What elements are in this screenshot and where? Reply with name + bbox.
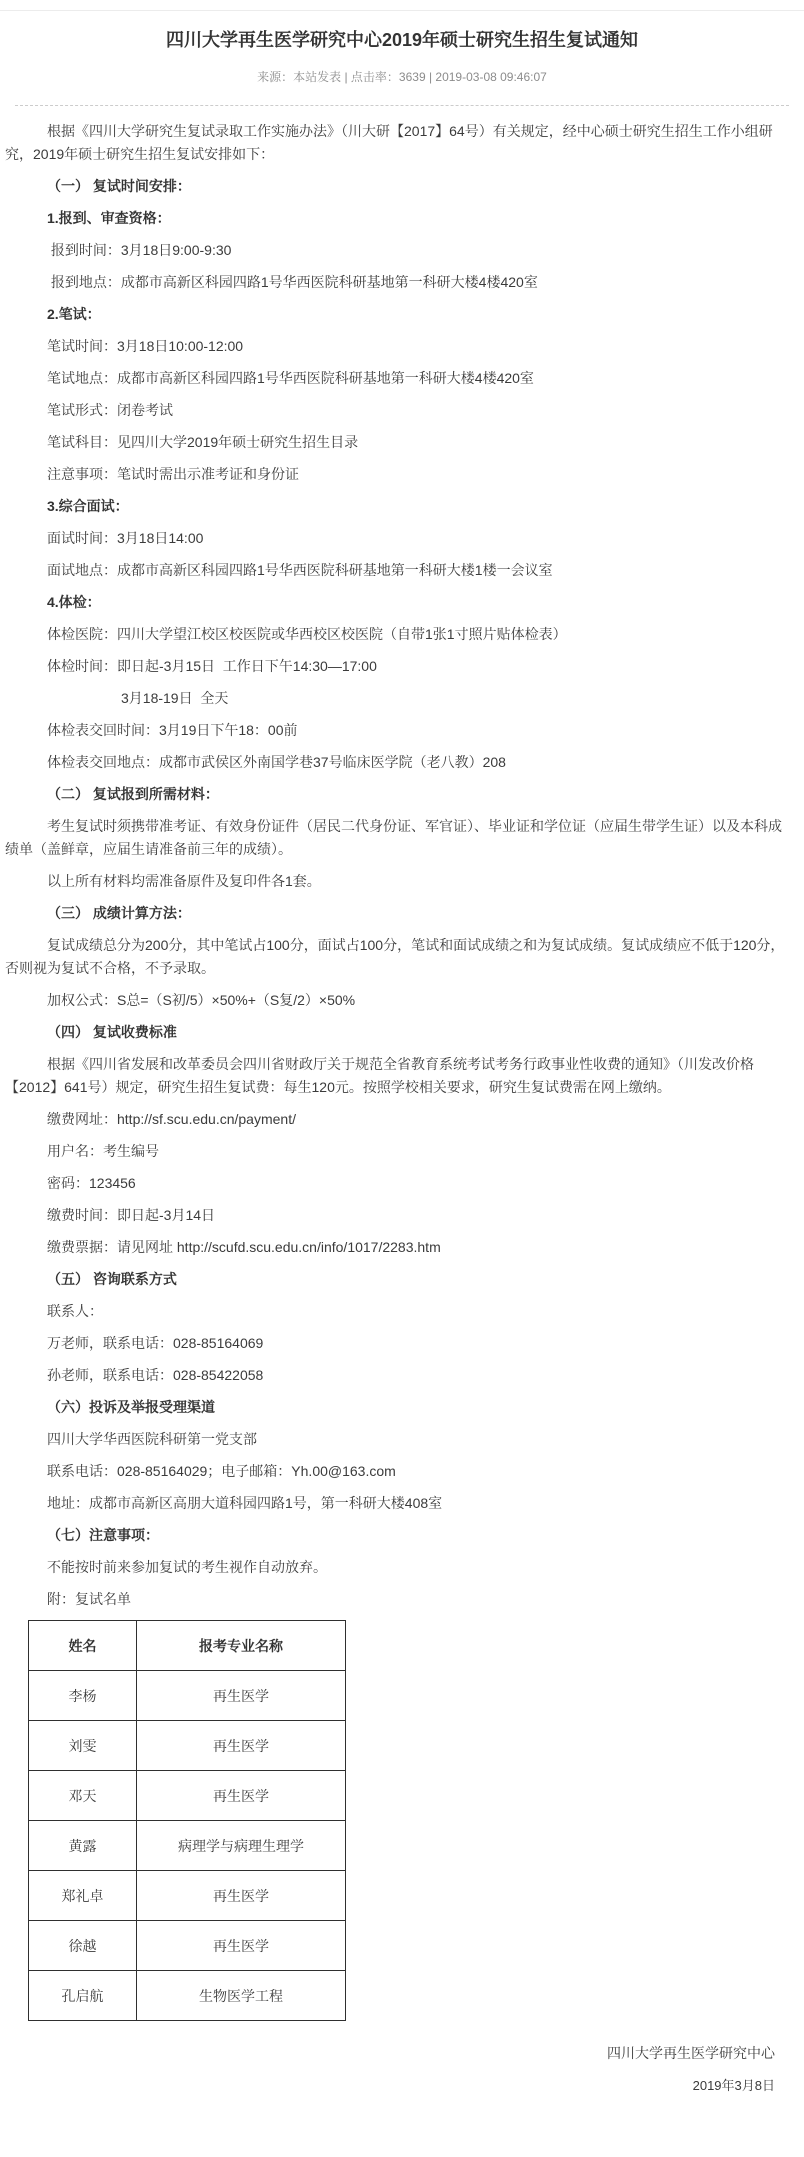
article-body: 根据《四川大学研究生复试录取工作实施办法》（川大研【2017】64号）有关规定，… <box>0 106 804 1611</box>
article-meta: 来源：本站发表 | 点击率：3639 | 2019-03-08 09:46:07 <box>0 68 804 85</box>
paragraph: 体检表交回时间：3月19日下午18：00前 <box>5 719 794 742</box>
paragraph: 附：复试名单 <box>5 1588 794 1611</box>
paragraph: 体检医院：四川大学望江校区校医院或华西校区校医院（自带1张1寸照片贴体检表） <box>5 623 794 646</box>
table-row: 刘雯再生医学 <box>29 1721 346 1771</box>
paragraph: 根据《四川省发展和改革委员会四川省财政厅关于规范全省教育系统考试考务行政事业性收… <box>5 1053 794 1099</box>
section-heading: （七）注意事项： <box>5 1524 794 1547</box>
paragraph: 笔试形式：闭卷考试 <box>5 399 794 422</box>
paragraph: 万老师，联系电话：028-85164069 <box>5 1332 794 1355</box>
table-header-row: 姓名报考专业名称 <box>29 1621 346 1671</box>
cell-candidate-name: 黄露 <box>29 1821 137 1871</box>
table-row: 黄露病理学与病理生理学 <box>29 1821 346 1871</box>
paragraph: 报到地点：成都市高新区科园四路1号华西医院科研基地第一科研大楼4楼420室 <box>5 271 794 294</box>
paragraph: 联系人： <box>5 1300 794 1323</box>
section-heading: （五） 咨询联系方式 <box>5 1268 794 1291</box>
cell-candidate-name: 邓天 <box>29 1771 137 1821</box>
paragraph: 3月18-19日 全天 <box>5 687 794 710</box>
footer-organization: 四川大学再生医学研究中心 <box>0 2043 775 2063</box>
cell-candidate-name: 李杨 <box>29 1671 137 1721</box>
cell-major-name: 再生医学 <box>137 1921 346 1971</box>
cell-major-name: 病理学与病理生理学 <box>137 1821 346 1871</box>
table-header-major: 报考专业名称 <box>137 1621 346 1671</box>
top-divider <box>0 0 804 11</box>
paragraph: 地址：成都市高新区高朋大道科园四路1号，第一科研大楼408室 <box>5 1492 794 1515</box>
cell-candidate-name: 刘雯 <box>29 1721 137 1771</box>
paragraph: 体检时间：即日起-3月15日 工作日下午14:30—17:00 <box>5 655 794 678</box>
paragraph: 用户名：考生编号 <box>5 1140 794 1163</box>
cell-major-name: 再生医学 <box>137 1721 346 1771</box>
section-heading: （六）投诉及举报受理渠道 <box>5 1396 794 1419</box>
paragraph: 报到时间：3月18日9:00-9:30 <box>5 239 794 262</box>
sub-heading: 3.综合面试： <box>5 495 794 518</box>
paragraph: 不能按时前来参加复试的考生视作自动放弃。 <box>5 1556 794 1579</box>
paragraph: 缴费网址：http://sf.scu.edu.cn/payment/ <box>5 1108 794 1131</box>
cell-candidate-name: 徐越 <box>29 1921 137 1971</box>
sub-heading: 4.体检： <box>5 591 794 614</box>
paragraph: 注意事项：笔试时需出示准考证和身份证 <box>5 463 794 486</box>
paragraph: 孙老师，联系电话：028-85422058 <box>5 1364 794 1387</box>
paragraph: 面试地点：成都市高新区科园四路1号华西医院科研基地第一科研大楼1楼一会议室 <box>5 559 794 582</box>
paragraph: 缴费票据：请见网址 http://scufd.scu.edu.cn/info/1… <box>5 1236 794 1259</box>
paragraph: 根据《四川大学研究生复试录取工作实施办法》（川大研【2017】64号）有关规定，… <box>5 120 794 166</box>
section-heading: （一） 复试时间安排： <box>5 175 794 198</box>
sub-heading: 1.报到、审查资格： <box>5 207 794 230</box>
cell-major-name: 再生医学 <box>137 1671 346 1721</box>
cell-major-name: 再生医学 <box>137 1771 346 1821</box>
table-row: 徐越再生医学 <box>29 1921 346 1971</box>
paragraph: 密码：123456 <box>5 1172 794 1195</box>
table-row: 李杨再生医学 <box>29 1671 346 1721</box>
cell-candidate-name: 孔启航 <box>29 1971 137 2021</box>
page-title: 四川大学再生医学研究中心2019年硕士研究生招生复试通知 <box>30 27 774 53</box>
paragraph: 以上所有材料均需准备原件及复印件各1套。 <box>5 870 794 893</box>
article-footer: 四川大学再生医学研究中心 2019年3月8日 <box>0 2021 804 2134</box>
shortlist-table: 姓名报考专业名称 李杨再生医学刘雯再生医学邓天再生医学黄露病理学与病理生理学郑礼… <box>28 1620 346 2021</box>
paragraph: 加权公式：S总=（S初/5）×50%+（S复/2）×50% <box>5 989 794 1012</box>
table-row: 邓天再生医学 <box>29 1771 346 1821</box>
notice-article: 四川大学再生医学研究中心2019年硕士研究生招生复试通知 来源：本站发表 | 点… <box>0 0 804 2157</box>
section-heading: （三） 成绩计算方法： <box>5 902 794 925</box>
paragraph: 面试时间：3月18日14:00 <box>5 527 794 550</box>
cell-candidate-name: 郑礼卓 <box>29 1871 137 1921</box>
paragraph: 缴费时间：即日起-3月14日 <box>5 1204 794 1227</box>
paragraph: 笔试时间：3月18日10:00-12:00 <box>5 335 794 358</box>
sub-heading: 2.笔试： <box>5 303 794 326</box>
paragraph: 考生复试时须携带准考证、有效身份证件（居民二代身份证、军官证）、毕业证和学位证（… <box>5 815 794 861</box>
cell-major-name: 再生医学 <box>137 1871 346 1921</box>
paragraph: 复试成绩总分为200分，其中笔试占100分，面试占100分，笔试和面试成绩之和为… <box>5 934 794 980</box>
table-row: 孔启航生物医学工程 <box>29 1971 346 2021</box>
table-row: 郑礼卓再生医学 <box>29 1871 346 1921</box>
paragraph: 笔试地点：成都市高新区科园四路1号华西医院科研基地第一科研大楼4楼420室 <box>5 367 794 390</box>
cell-major-name: 生物医学工程 <box>137 1971 346 2021</box>
paragraph: 体检表交回地点：成都市武侯区外南国学巷37号临床医学院（老八教）208 <box>5 751 794 774</box>
paragraph: 联系电话：028-85164029；电子邮箱：Yh.00@163.com <box>5 1460 794 1483</box>
paragraph: 四川大学华西医院科研第一党支部 <box>5 1428 794 1451</box>
section-heading: （二） 复试报到所需材料： <box>5 783 794 806</box>
footer-date: 2019年3月8日 <box>0 2075 775 2094</box>
table-header-name: 姓名 <box>29 1621 137 1671</box>
paragraph: 笔试科目：见四川大学2019年硕士研究生招生目录 <box>5 431 794 454</box>
section-heading: （四） 复试收费标准 <box>5 1021 794 1044</box>
